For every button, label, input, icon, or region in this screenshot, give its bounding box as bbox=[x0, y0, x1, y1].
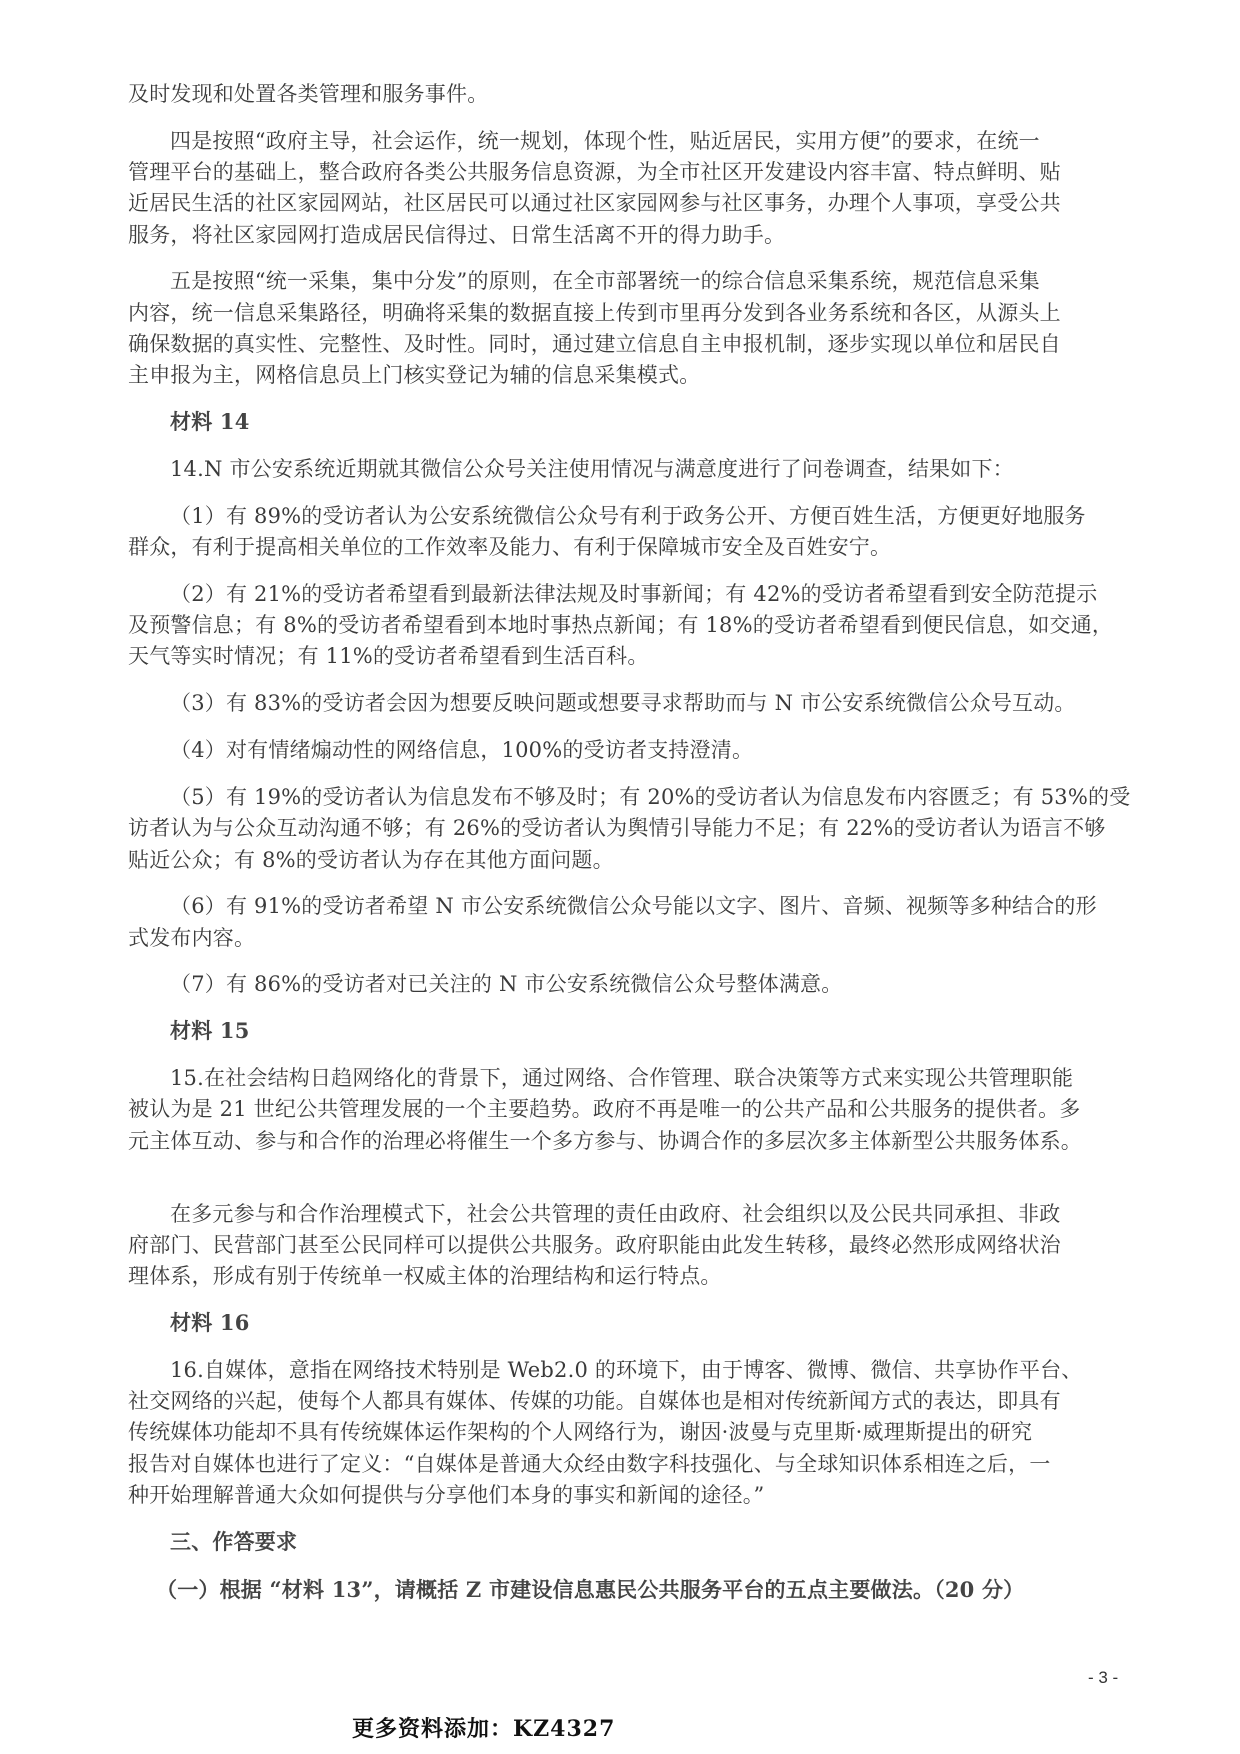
paragraph-line: （6）有 91%的受访者希望 N 市公安系统微信公众号能以文字、图片、音频、视频… bbox=[170, 892, 1097, 920]
document-page: 及时发现和处置各类管理和服务事件。四是按照“政府主导，社会运作，统一规划，体现个… bbox=[0, 0, 1240, 1754]
paragraph-line: 15.在社会结构日趋网络化的背景下，通过网络、合作管理、联合决策等方式来实现公共… bbox=[170, 1064, 1073, 1092]
paragraph-line: 府部门、民营部门甚至公民同样可以提供公共服务。政府职能由此发生转移，最终必然形成… bbox=[128, 1231, 1061, 1259]
page-number: - 3 - bbox=[1088, 1668, 1118, 1688]
paragraph-line: （5）有 19%的受访者认为信息发布不够及时；有 20%的受访者认为信息发布内容… bbox=[170, 783, 1130, 811]
paragraph-line: 内容，统一信息采集路径，明确将采集的数据直接上传到市里再分发到各业务系统和各区，… bbox=[128, 299, 1061, 327]
material-heading: 材料 16 bbox=[170, 1309, 250, 1337]
paragraph-line: 管理平台的基础上，整合政府各类公共服务信息资源，为全市社区开发建设内容丰富、特点… bbox=[128, 158, 1061, 186]
paragraph-line: 式发布内容。 bbox=[128, 924, 255, 952]
paragraph-line: 天气等实时情况；有 11%的受访者希望看到生活百科。 bbox=[128, 642, 649, 670]
paragraph-line: （4）对有情绪煽动性的网络信息，100%的受访者支持澄清。 bbox=[170, 736, 753, 764]
paragraph-line: 服务，将社区家园网打造成居民信得过、日常生活离不开的得力助手。 bbox=[128, 221, 785, 249]
paragraph-line: 元主体互动、参与和合作的治理必将催生一个多方参与、协调合作的多层次多主体新型公共… bbox=[128, 1127, 1082, 1155]
paragraph-line: 五是按照“统一采集，集中分发”的原则，在全市部署统一的综合信息采集系统，规范信息… bbox=[170, 267, 1040, 295]
paragraph-line: 社交网络的兴起，使每个人都具有媒体、传媒的功能。自媒体也是相对传统新闻方式的表达… bbox=[128, 1387, 1061, 1415]
paragraph-line: 及时发现和处置各类管理和服务事件。 bbox=[128, 80, 488, 108]
paragraph-line: 四是按照“政府主导，社会运作，统一规划，体现个性，贴近居民，实用方便”的要求，在… bbox=[170, 127, 1040, 155]
footer-contact-note: 更多资料添加：KZ4327 bbox=[352, 1712, 615, 1743]
paragraph-line: （2）有 21%的受访者希望看到最新法律法规及时事新闻；有 42%的受访者希望看… bbox=[170, 580, 1097, 608]
paragraph-line: 理体系，形成有别于传统单一权威主体的治理结构和运行特点。 bbox=[128, 1262, 722, 1290]
paragraph-line: 及预警信息；有 8%的受访者希望看到本地时事热点新闻；有 18%的受访者希望看到… bbox=[128, 611, 1113, 639]
material-heading: 材料 14 bbox=[170, 408, 250, 436]
paragraph-line: 群众，有利于提高相关单位的工作效率及能力、有利于保障城市安全及百姓安宁。 bbox=[128, 533, 891, 561]
paragraph-line: 近居民生活的社区家园网站，社区居民可以通过社区家园网参与社区事务，办理个人事项，… bbox=[128, 189, 1061, 217]
paragraph-line: 16.自媒体，意指在网络技术特别是 Web2.0 的环境下，由于博客、微博、微信… bbox=[170, 1356, 1082, 1384]
paragraph-line: 主申报为主，网格信息员上门核实登记为辅的信息采集模式。 bbox=[128, 361, 700, 389]
paragraph-line: 传统媒体功能却不具有传统媒体运作架构的个人网络行为，谢因·波曼与克里斯·威理斯提… bbox=[128, 1418, 1032, 1446]
paragraph-line: 14.N 市公安系统近期就其微信公众号关注使用情况与满意度进行了问卷调查，结果如… bbox=[170, 455, 1014, 483]
paragraph-line: 确保数据的真实性、完整性、及时性。同时，通过建立信息自主申报机制，逐步实现以单位… bbox=[128, 330, 1061, 358]
paragraph-line: （1）有 89%的受访者认为公安系统微信公众号有利于政务公开、方便百姓生活，方便… bbox=[170, 502, 1086, 530]
paragraph-line: 贴近公众；有 8%的受访者认为存在其他方面问题。 bbox=[128, 846, 614, 874]
paragraph-line: 种开始理解普通大众如何提供与分享他们本身的事实和新闻的途径。” bbox=[128, 1481, 764, 1509]
question-prompt: （一）根据 “材料 13”，请概括 Z 市建设信息惠民公共服务平台的五点主要做法… bbox=[156, 1576, 1024, 1604]
section-heading: 三、作答要求 bbox=[170, 1528, 297, 1556]
material-heading: 材料 15 bbox=[170, 1017, 250, 1045]
paragraph-line: 报告对自媒体也进行了定义：“自媒体是普通大众经由数字科技强化、与全球知识体系相连… bbox=[128, 1450, 1051, 1478]
paragraph-line: 在多元参与和合作治理模式下，社会公共管理的责任由政府、社会组织以及公民共同承担、… bbox=[170, 1200, 1060, 1228]
paragraph-line: （3）有 83%的受访者会因为想要反映问题或想要寻求帮助而与 N 市公安系统微信… bbox=[170, 689, 1076, 717]
paragraph-line: 被认为是 21 世纪公共管理发展的一个主要趋势。政府不再是唯一的公共产品和公共服… bbox=[128, 1095, 1080, 1123]
paragraph-line: （7）有 86%的受访者对已关注的 N 市公安系统微信公众号整体满意。 bbox=[170, 970, 842, 998]
paragraph-line: 访者认为与公众互动沟通不够；有 26%的受访者认为舆情引导能力不足；有 22%的… bbox=[128, 814, 1106, 842]
